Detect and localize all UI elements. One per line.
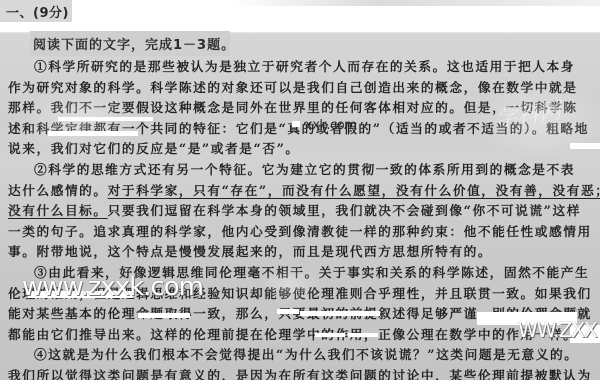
watermark-middle: xxk.com: [305, 118, 356, 133]
paragraph-1-line-1: ①科学所研究的是那些被认为是独立于研究者个人而存在的关系。这也适用于把人本身: [8, 57, 600, 78]
paragraph-4-line-2: 我们所以觉得这类问题是有意义的，是因为在所有这类问题的讨论中，某些伦理前提被默认…: [8, 366, 600, 380]
watermark-strip: [570, 143, 600, 149]
paragraph-2-text: 只要我们逗留在科学本身的领域里，我们就决不会碰到像“你不可说谎”这样: [108, 203, 581, 218]
paragraph-2-line-2: 达什么感情的。对于科学家，只有“存在”，而没有什么愿望，没有什么价值，没有善，没…: [8, 181, 600, 202]
paragraph-2-line-1: ②科学的思维方式还有另一个特征。它为建立它的贯彻一致的体系所用到的概念是不表: [8, 160, 600, 181]
reading-instruction: 阅读下面的文字，完成1－3题。: [33, 34, 235, 53]
watermark-strip: [348, 333, 378, 337]
watermark-lower-right: WW.ZXX: [518, 318, 597, 342]
paragraph-4-line-1: ④这就是为什么我们根本不会觉得提出“为什么我们不该说谎？”这类问题是无意义的。: [8, 345, 600, 366]
paragraph-2-text: 达什么感情的。: [8, 183, 108, 198]
underlined-sentence-end: 没有什么目标。: [8, 203, 108, 218]
paragraph-2-line-4: 一类的句子。追求真理的科学家，他内心受到像清教徒一样的那种约束：他不能任性或感情…: [8, 222, 600, 243]
watermark-strip: [292, 121, 300, 127]
watermark-strip: [300, 311, 380, 316]
paragraph-2-line-5: 事。附带地说，这个特点是慢慢发展起来的，而且是现代西方思想所特有的。: [8, 242, 600, 263]
watermark-strip: [138, 313, 190, 318]
paragraph-3-line-4: 都能由它们推导出来。这样的伦理前提在伦理学中的作用，正像公理在数学中的作用一样。: [8, 325, 600, 346]
section-header: 一、(9分): [6, 2, 69, 21]
watermark-strip: [315, 333, 345, 337]
cropped-title-remnant: [230, 0, 600, 6]
underlined-sentence: 对于科学家，只有“存在”，而没有什么愿望，没有什么价值，没有善，没有恶；也: [108, 183, 600, 198]
paragraph-2-line-3: 没有什么目标。只要我们逗留在科学本身的领域里，我们就决不会碰到像“你不可说谎”这…: [8, 201, 600, 222]
watermark-strip: [48, 131, 138, 136]
scan-glare: [260, 265, 320, 305]
watermark-lower-left: www.zxxk.com: [22, 272, 203, 302]
scanned-page: 一、(9分) 阅读下面的文字，完成1－3题。 ①科学所研究的是那些被认为是独立于…: [0, 0, 600, 380]
watermark-strip: [58, 117, 153, 121]
watermark-strip: [277, 309, 299, 314]
